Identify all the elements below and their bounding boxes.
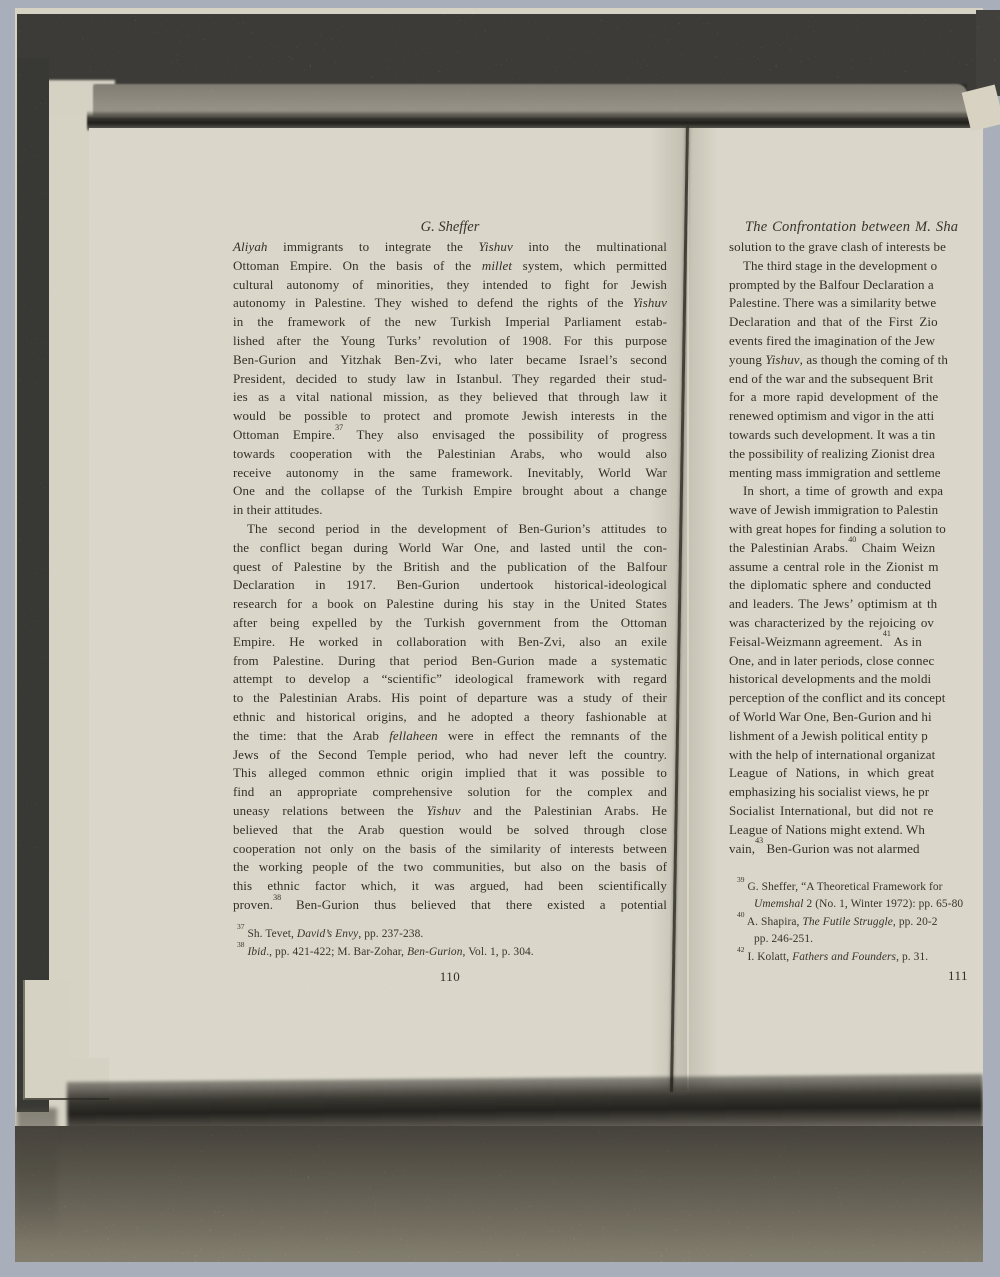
grain-texture [17,58,49,1112]
text-line: towards such development. It was a tin [729,426,983,445]
left-grain-border [17,58,49,1112]
bottom-left-shadow-streak [17,1108,57,1238]
text-line: the possibility of realizing Zionist dre… [729,445,983,464]
gutter-shading-right [689,128,719,1090]
text-line: The third stage in the development o [729,257,983,276]
book-photocopy-scan: { "colors": { "mount_background": "#a8af… [0,0,1000,1277]
text-line: Declaration in 1917. Ben-Gurion undertoo… [233,576,667,595]
text-line: The second period in the development of … [233,520,667,539]
footnote-line: 38 Ibid., pp. 421-422; M. Bar-Zohar, Ben… [237,943,677,961]
text-line: ethnic and historical origins, and he ad… [233,708,667,727]
text-line: cultural autonomy of minorities, they in… [233,276,667,295]
right-page-number: 111 [935,968,981,984]
text-line: Jews of the Second Temple period, who ha… [233,746,667,765]
text-line: the conflict began during World War One,… [233,539,667,558]
text-line: autonomy in Palestine. They wished to de… [233,294,667,313]
bottom-shadow-gradient [15,1126,983,1262]
text-line: wave of Jewish immigration to Palestin [729,501,983,520]
text-line: Ben-Gurion and Yitzhak Ben-Zvi, who late… [233,351,667,370]
running-head-text: The Confrontation between M. Sha [745,219,958,235]
text-line: this ethnic factor which, it was argued,… [233,877,667,896]
text-line: for a more rapid development of the [729,388,983,407]
text-line: League of Nations, in which great [729,764,983,783]
text-line: President, decided to study law in Istan… [233,370,667,389]
text-line: with great hopes for finding a solution … [729,520,983,539]
text-line: the working people of the two communitie… [233,858,667,877]
text-line: towards cooperation with the Palestinian… [233,445,667,464]
text-line: was characterized by the rejoicing ov [729,614,983,633]
text-line: Feisal-Weizmann agreement.41 As in [729,633,983,652]
text-line: vain,43 Ben-Gurion was not alarmed [729,840,983,859]
right-page-body: solution to the grave clash of interests… [729,238,983,858]
text-line: attempt to develop a “scientific” ideolo… [233,670,667,689]
text-line: This alleged common ethnic origin implie… [233,764,667,783]
text-line: cooperation not only on the basis of the… [233,840,667,859]
left-page-number: 110 [233,969,667,985]
text-line: Socialist International, but did not re [729,802,983,821]
text-line: Aliyah immigrants to integrate the Yishu… [233,238,667,257]
right-running-head: The Confrontation between M. Sha [745,218,958,236]
text-line: find an appropriate comprehensive soluti… [233,783,667,802]
text-line: lished after the Young Turks’ revolution… [233,332,667,351]
text-line: with the help of international organizat [729,746,983,765]
footnote-line: 37 Sh. Tevet, David’s Envy, pp. 237-238. [237,925,677,943]
text-line: Declaration and that of the First Zio [729,313,983,332]
text-line: Ottoman Empire.37 They also envisaged th… [233,426,667,445]
text-line: perception of the conflict and its conce… [729,689,983,708]
right-page-footnotes: 39 G. Sheffer, “A Theoretical Framework … [737,879,983,966]
footnote-line: 40 A. Shapira, The Futile Struggle, pp. … [737,914,983,931]
left-page-body: Aliyah immigrants to integrate the Yishu… [233,238,667,915]
text-line: menting mass immigration and settleme [729,464,983,483]
text-line: after being expelled by the Turkish gove… [233,614,667,633]
footnote-line: 39 G. Sheffer, “A Theoretical Framework … [737,879,983,896]
text-line: One and the collapse of the Turkish Empi… [233,482,667,501]
text-line: from Palestine. During that period Ben-G… [233,652,667,671]
text-line: receive autonomy in the same framework. … [233,464,667,483]
text-line: Ottoman Empire. On the basis of the mill… [233,257,667,276]
text-line: to the Palestinian Arabs. His point of d… [233,689,667,708]
text-line: would be possible to protect and promote… [233,407,667,426]
text-line: ies as a vital national mission, as they… [233,388,667,407]
left-running-head: G. Sheffer [233,218,667,236]
footnote-line: Umemshal 2 (No. 1, Winter 1972): pp. 65-… [737,896,983,913]
text-line: the Palestinian Arabs.40 Chaim Weizn [729,539,983,558]
sheet-stack-edge-step [23,980,69,1062]
text-line: solution to the grave clash of interests… [729,238,983,257]
text-line: of World War One, Ben-Gurion and hi [729,708,983,727]
text-line: renewed optimism and vigor in the atti [729,407,983,426]
text-line: in their attitudes. [233,501,667,520]
text-line: quest of Palestine by the British and th… [233,558,667,577]
text-line: Empire. He worked in collaboration with … [233,633,667,652]
left-page-footnotes: 37 Sh. Tevet, David’s Envy, pp. 237-238.… [237,925,677,961]
text-line: uneasy relations between the Yishuv and … [233,802,667,821]
text-line: end of the war and the subsequent Brit [729,370,983,389]
running-head-text: G. Sheffer [421,219,480,235]
text-line: believed that the Arab question would be… [233,821,667,840]
grain-texture [976,10,1000,96]
text-line: Palestine. There was a similarity betwe [729,294,983,313]
text-line: in the framework of the new Turkish Impe… [233,313,667,332]
text-line: assume a central role in the Zionist m [729,558,983,577]
grain-texture [15,1126,983,1262]
text-line: events fired the imagination of the Jew [729,332,983,351]
text-line: the diplomatic sphere and conducted [729,576,983,595]
text-line: League of Nations might extend. Wh [729,821,983,840]
text-line: historical developments and the moldi [729,670,983,689]
top-right-grain-corner [976,10,1000,96]
text-line: the time: that the Arab fellaheen were i… [233,727,667,746]
text-line: proven.38 Ben-Gurion thus believed that … [233,896,667,915]
text-line: young Yishuv, as though the coming of th [729,351,983,370]
text-line: One, and in later periods, close connec [729,652,983,671]
text-line: prompted by the Balfour Declaration a [729,276,983,295]
text-line: research for a book on Palestine during … [233,595,667,614]
footnote-line: 42 I. Kolatt, Fathers and Founders, p. 3… [737,949,983,966]
footnote-line: pp. 246-251. [737,931,983,948]
photocopy-photo: G. Sheffer Aliyah immigrants to integrat… [15,8,983,1262]
text-line: and leaders. The Jews’ optimism at th [729,595,983,614]
text-line: lishment of a Jewish political entity p [729,727,983,746]
text-line: emphasizing his socialist views, he pr [729,783,983,802]
text-line: In short, a time of growth and expa [729,482,983,501]
